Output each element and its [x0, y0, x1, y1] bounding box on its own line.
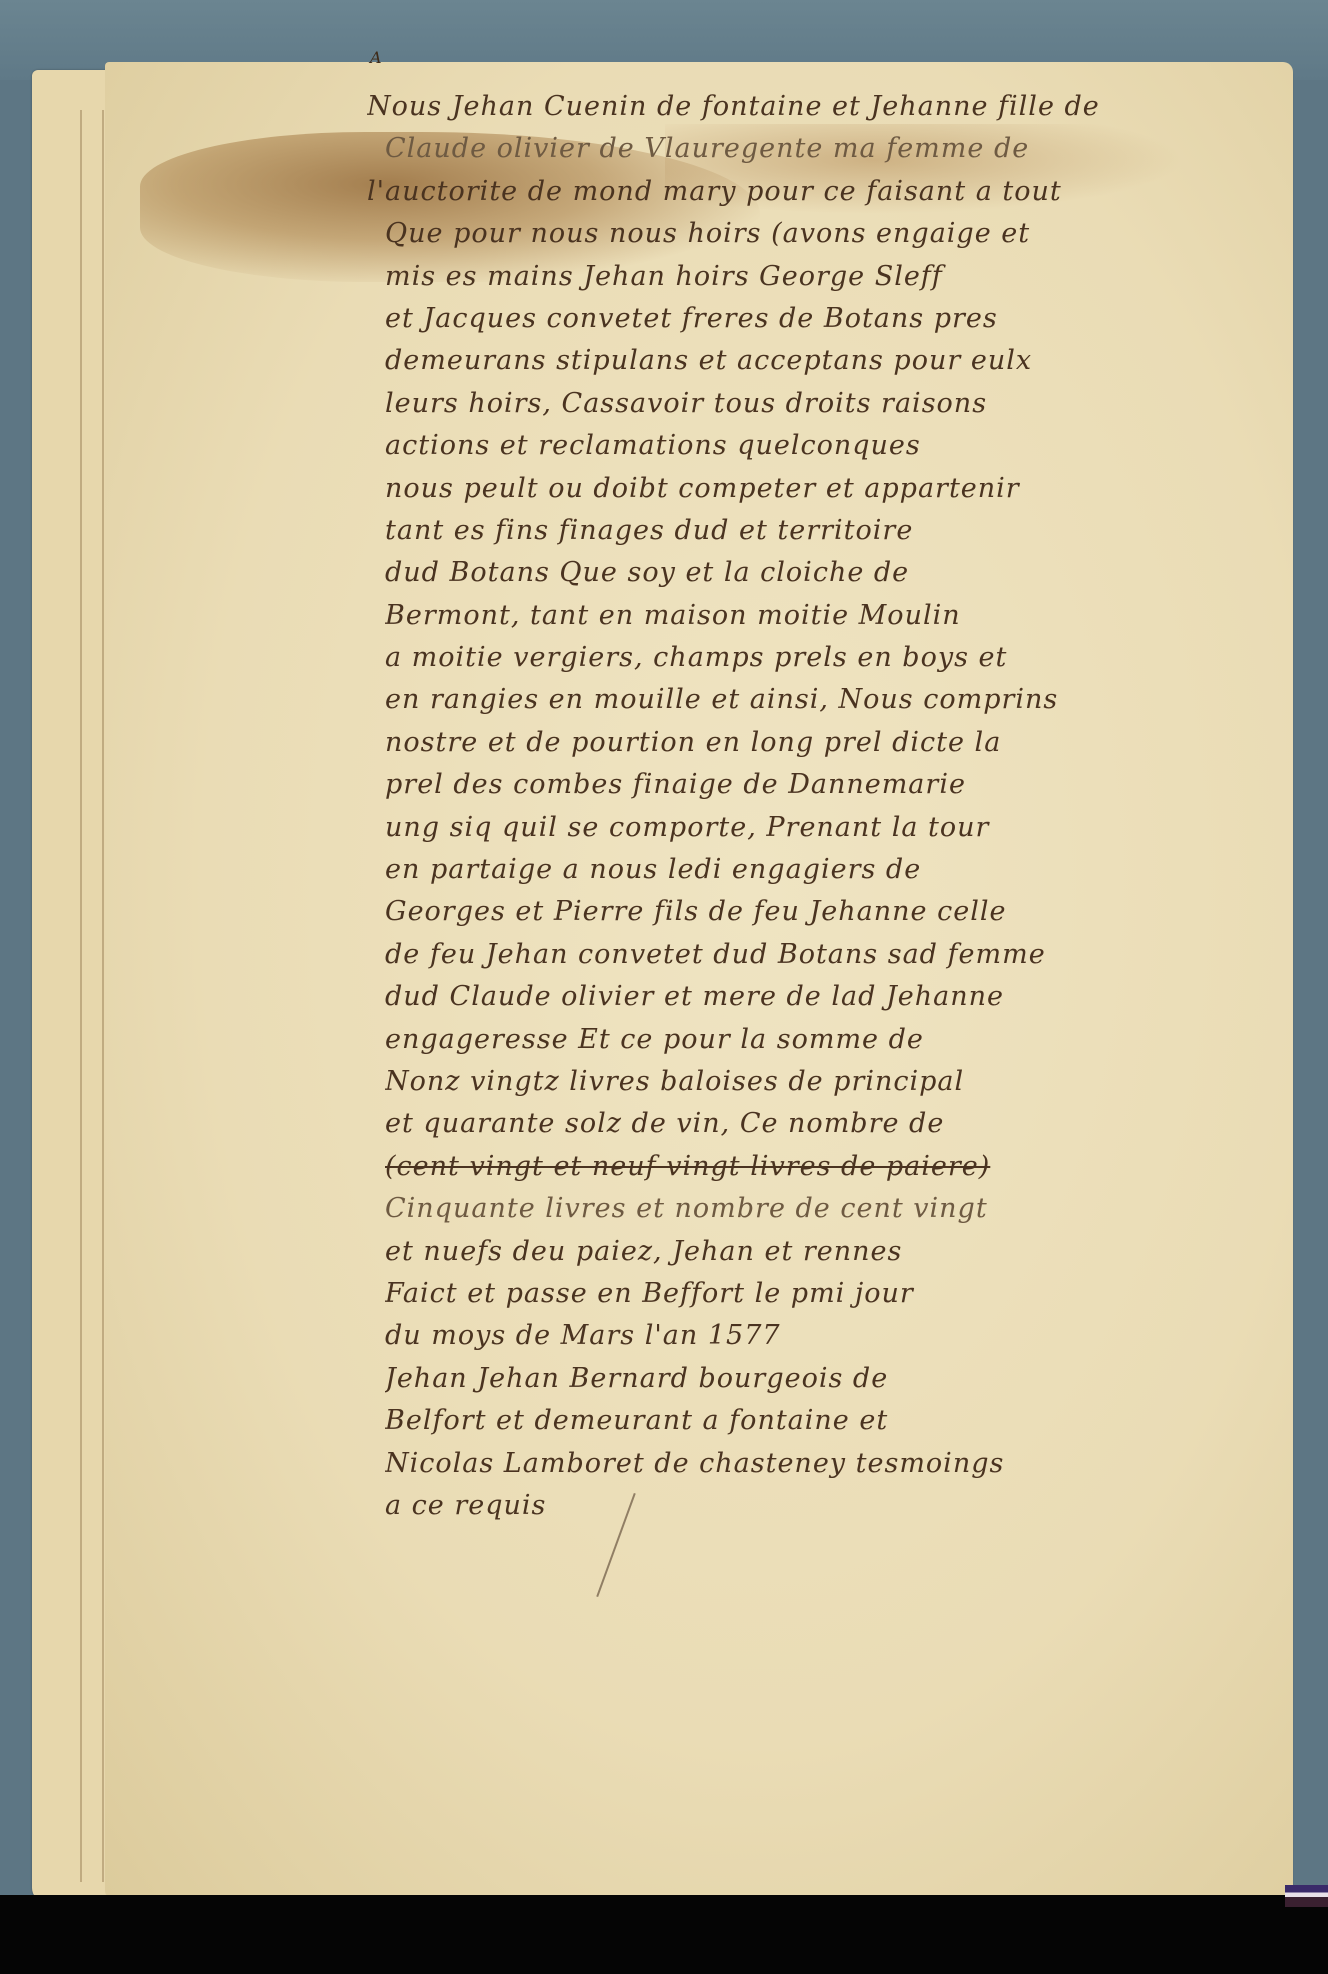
text-line-struck: (cent vingt et neuf vingt livres de paie… — [385, 1146, 1285, 1188]
text-line: et Jacques convetet freres de Botans pre… — [385, 298, 1285, 340]
bottom-dark-band — [0, 1895, 1328, 1974]
text-line: Claude olivier de Vlauregente ma femme d… — [385, 128, 1285, 170]
text-line: a moitie vergiers, champs prels en boys … — [385, 637, 1285, 679]
text-line: tant es fins finages dud et territoire — [385, 510, 1285, 552]
text-line: Nous Jehan Cuenin de fontaine et Jehanne… — [367, 86, 1285, 128]
text-line: demeurans stipulans et acceptans pour eu… — [385, 340, 1285, 382]
text-line: et nuefs deu paiez, Jehan et rennes — [385, 1231, 1285, 1273]
handwritten-text: Nous Jehan Cuenin de fontaine et Jehanne… — [385, 86, 1285, 1527]
text-line: Cinquante livres et nombre de cent vingt — [385, 1188, 1285, 1230]
text-line: du moys de Mars l'an 1577 — [385, 1315, 1285, 1357]
text-line: Nonz vingtz livres baloises de principal — [385, 1061, 1285, 1103]
text-line: l'auctorite de mond mary pour ce faisant… — [367, 171, 1285, 213]
text-line: nous peult ou doibt competer et apparten… — [385, 468, 1285, 510]
text-line: Nicolas Lamboret de chasteney tesmoings — [385, 1443, 1285, 1485]
text-line: dud Botans Que soy et la cloiche de — [385, 552, 1285, 594]
text-line: ung siq quil se comporte, Prenant la tou… — [385, 807, 1285, 849]
text-line: actions et reclamations quelconques — [385, 425, 1285, 467]
text-line: Faict et passe en Beffort le pmi jour — [385, 1273, 1285, 1315]
margin-mark: A — [370, 48, 382, 67]
text-line: de feu Jehan convetet dud Botans sad fem… — [385, 934, 1285, 976]
text-line: en partaige a nous ledi engagiers de — [385, 849, 1285, 891]
text-line: Bermont, tant en maison moitie Moulin — [385, 595, 1285, 637]
text-line: Georges et Pierre fils de feu Jehanne ce… — [385, 891, 1285, 933]
text-line: et quarante solz de vin, Ce nombre de — [385, 1103, 1285, 1145]
text-line: dud Claude olivier et mere de lad Jehann… — [385, 976, 1285, 1018]
text-line: en rangies en mouille et ainsi, Nous com… — [385, 679, 1285, 721]
text-line: leurs hoirs, Cassavoir tous droits raiso… — [385, 383, 1285, 425]
text-line: a ce requis — [385, 1485, 1285, 1527]
text-line: mis es mains Jehan hoirs George Sleff — [385, 256, 1285, 298]
text-line: nostre et de pourtion en long prel dicte… — [385, 722, 1285, 764]
text-line: Belfort et demeurant a fontaine et — [385, 1400, 1285, 1442]
text-line: prel des combes finaige de Dannemarie — [385, 764, 1285, 806]
text-line: Que pour nous nous hoirs (avons engaige … — [385, 213, 1285, 255]
pen-object — [1285, 1885, 1328, 1907]
text-line: Jehan Jehan Bernard bourgeois de — [385, 1358, 1285, 1400]
text-line: engageresse Et ce pour la somme de — [385, 1019, 1285, 1061]
